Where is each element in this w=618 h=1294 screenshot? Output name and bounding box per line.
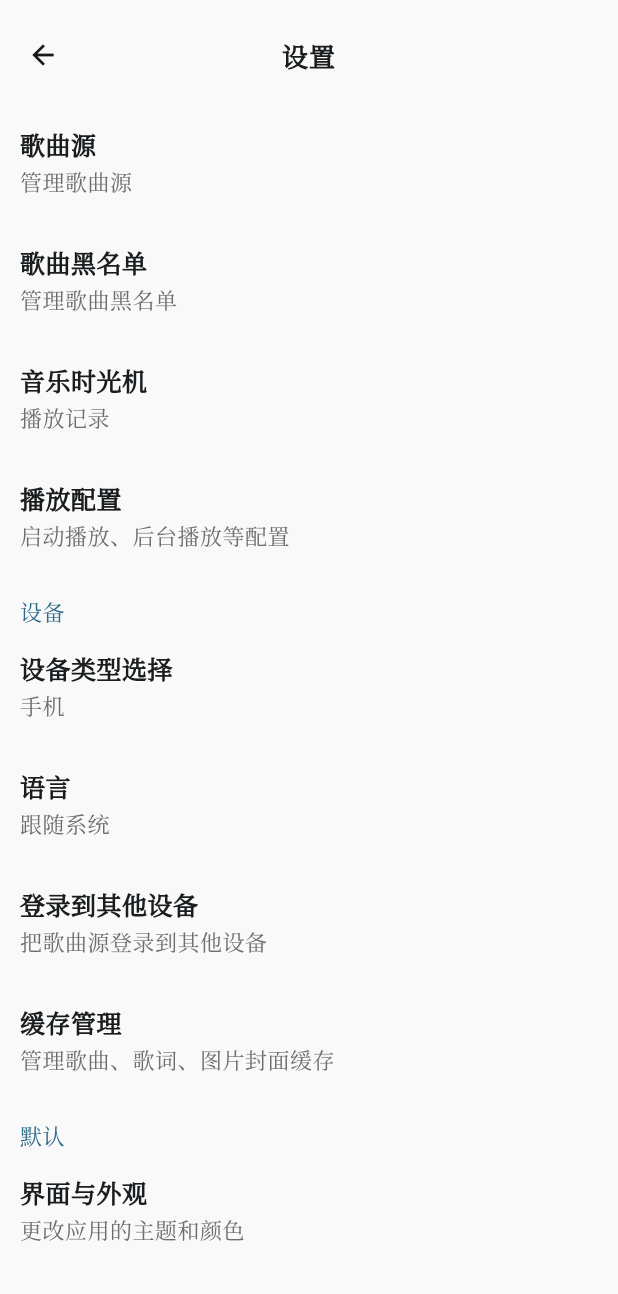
- settings-list: 歌曲源 管理歌曲源 歌曲黑名单 管理歌曲黑名单 音乐时光机 播放记录 播放配置 …: [0, 105, 618, 1271]
- app-bar: 设置: [0, 0, 618, 105]
- settings-item-title: 界面与外观: [20, 1177, 598, 1213]
- settings-item[interactable]: 界面与外观 更改应用的主题和颜色: [0, 1153, 618, 1271]
- settings-item-subtitle: 跟随系统: [20, 811, 598, 841]
- settings-item-subtitle: 手机: [20, 693, 598, 723]
- settings-item-title: 语言: [20, 771, 598, 807]
- settings-item[interactable]: 播放配置 启动播放、后台播放等配置: [0, 459, 618, 577]
- settings-item-title: 设备类型选择: [20, 653, 598, 689]
- settings-item-title: 播放配置: [20, 483, 598, 519]
- settings-item-title: 歌曲源: [20, 129, 598, 165]
- settings-item-subtitle: 把歌曲源登录到其他设备: [20, 929, 598, 959]
- settings-item-title: 歌曲黑名单: [20, 247, 598, 283]
- settings-item-title: 登录到其他设备: [20, 889, 598, 925]
- settings-item[interactable]: 歌曲黑名单 管理歌曲黑名单: [0, 223, 618, 341]
- settings-item[interactable]: 语言 跟随系统: [0, 747, 618, 865]
- settings-item-subtitle: 管理歌曲源: [20, 169, 598, 199]
- section-header: 默认: [0, 1101, 618, 1153]
- settings-item-title: 音乐时光机: [20, 365, 598, 401]
- settings-item-subtitle: 播放记录: [20, 405, 598, 435]
- settings-item[interactable]: 登录到其他设备 把歌曲源登录到其他设备: [0, 865, 618, 983]
- settings-item-subtitle: 管理歌曲、歌词、图片封面缓存: [20, 1047, 598, 1077]
- back-button[interactable]: [26, 38, 60, 72]
- settings-item-subtitle: 管理歌曲黑名单: [20, 287, 598, 317]
- section-header: 设备: [0, 577, 618, 629]
- settings-item[interactable]: 歌曲源 管理歌曲源: [0, 105, 618, 223]
- settings-item[interactable]: 音乐时光机 播放记录: [0, 341, 618, 459]
- settings-item-subtitle: 更改应用的主题和颜色: [20, 1217, 598, 1247]
- settings-item[interactable]: 设备类型选择 手机: [0, 629, 618, 747]
- page-title: 设置: [282, 38, 336, 75]
- settings-item-title: 缓存管理: [20, 1007, 598, 1043]
- settings-item[interactable]: 缓存管理 管理歌曲、歌词、图片封面缓存: [0, 983, 618, 1101]
- settings-item-subtitle: 启动播放、后台播放等配置: [20, 523, 598, 553]
- arrow-left-icon: [27, 39, 59, 71]
- settings-screen: 设置 歌曲源 管理歌曲源 歌曲黑名单 管理歌曲黑名单 音乐时光机 播放记录 播放…: [0, 0, 618, 1294]
